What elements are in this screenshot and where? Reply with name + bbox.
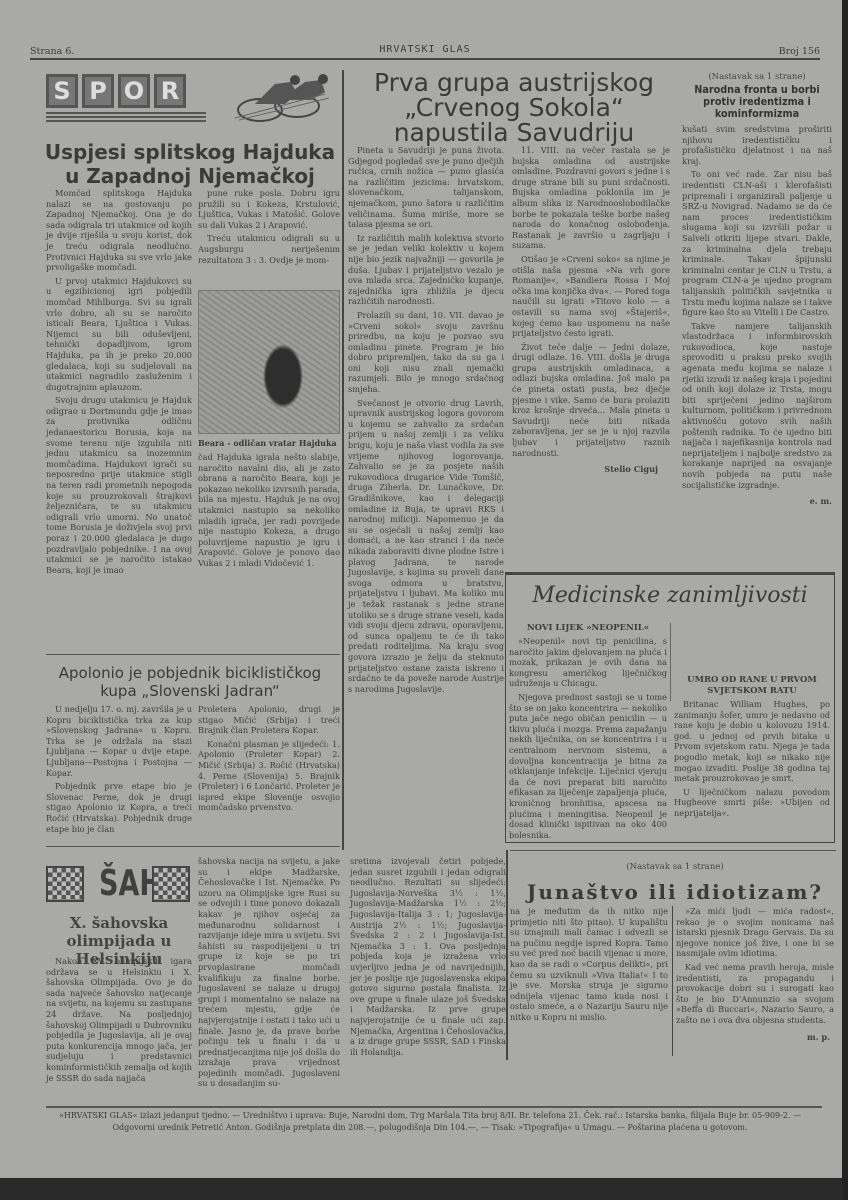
paragraph: Pobjednik prve etape bio je Slovenac Per… — [46, 781, 192, 834]
paragraph: Kad već nema pravih heroja, misle ireden… — [676, 962, 834, 1026]
paragraph: Svečanost je otvorio drug Lavrih, upravn… — [348, 398, 504, 695]
medical-news-box: Medicinske zanimljivosti NOVI LIJEK »NEO… — [505, 572, 835, 843]
paragraph: Britanac William Hughes, po zanimanju šo… — [674, 699, 830, 784]
paragraph: Momčad splitskoga Hajduka nalazi se na g… — [46, 188, 192, 273]
sport-letter: R — [154, 74, 186, 108]
sokol-article-headline: Prva grupa austrijskog „Crvenog Sokola“ … — [344, 70, 684, 145]
umro-article: UMRO OD RANE U PRVOM SVJETSKOM RATU Brit… — [674, 623, 830, 822]
neopenil-subheading: NOVI LIJEK »NEOPENIL« — [509, 623, 667, 634]
sport-letter: O — [118, 74, 150, 108]
paragraph: Iz različitih malih kolektiva stvorio se… — [348, 233, 504, 307]
narodna-fronta-headline: Narodna fronta u borbi protiv iredentizm… — [688, 84, 826, 120]
paragraph: čad Hajduka igrala nešto slabije, naroči… — [198, 452, 340, 569]
paragraph: Svoju drugu utakmicu je Hajduk odigrao u… — [46, 395, 192, 575]
umro-subheading: UMRO OD RANE U PRVOM SVJETSKOM RATU — [674, 675, 830, 697]
hajduk-article-column-1: Momčad splitskoga Hajduka nalazi se na g… — [46, 188, 192, 578]
newspaper-page: Strana 6. HRVATSKI GLAS Broj 156 SPOR Us… — [0, 0, 848, 1200]
paragraph: To oni već rade. Zar nisu baš iredentist… — [682, 169, 832, 317]
section-divider — [46, 846, 340, 847]
chessboard-icon — [46, 866, 84, 902]
paragraph: Pineta u Savudriji je puna života. Gdjeg… — [348, 145, 504, 230]
newspaper-title: HRVATSKI GLAS — [30, 44, 820, 55]
sport-letter: P — [82, 74, 114, 108]
apolonio-article-headline: Apolonio je pobjednik biciklističkog kup… — [40, 664, 340, 700]
chess-banner-label: ŠAH — [99, 862, 141, 906]
paragraph: Nakon XV. olimpijskih igara održava se u… — [46, 956, 192, 1083]
paragraph: sretima izvojevali četiri pobjede, jedan… — [350, 856, 506, 1057]
apolonio-article-column-2: Proletera Apolonio, drugi je stigao Miči… — [198, 704, 340, 816]
narodna-fronta-article: (Nastavak sa 1 strane) Narodna fronta u … — [682, 72, 832, 507]
paragraph: U nedjelju 17. o. mj. završila je u Kopr… — [46, 704, 192, 778]
article-author: e. m. — [682, 496, 832, 507]
sokol-article-column-2: 11. VIII. na večer rastala se je bujska … — [512, 145, 670, 475]
goalkeeper-photo — [198, 290, 340, 434]
hajduk-article-column-3: čad Hajduka igrala nešto slabije, naroči… — [198, 452, 340, 572]
junastvo-column-1: na je međutim da ih nitko nije primjetio… — [510, 906, 668, 1026]
article-author: m. p. — [676, 1032, 834, 1043]
footer-divider — [46, 1106, 822, 1108]
apolonio-article-column-1: U nedjelju 17. o. mj. završila je u Kopr… — [46, 704, 192, 837]
column-divider — [670, 623, 671, 701]
continued-note: (Nastavak sa 1 strane) — [510, 862, 840, 872]
paragraph: U liječničkom nalazu povodom Hugheove sm… — [674, 787, 830, 819]
chessboard-icon — [152, 866, 190, 902]
sport-banner-underline — [46, 112, 206, 122]
paragraph: pune ruke posla. Dobru igru pružili su i… — [198, 188, 340, 230]
chess-section-banner: ŠAH — [46, 862, 192, 906]
paragraph: Život teče dalje — Jedni dolaze, drugi o… — [512, 342, 670, 459]
continued-note: (Nastavak sa 1 strane) — [682, 72, 832, 82]
neopenil-article: NOVI LIJEK »NEOPENIL« »Neopenil« novi ti… — [509, 623, 667, 843]
paragraph: »Neopenil« novi tip penicilina, s naroči… — [509, 636, 667, 689]
junastvo-headline: Junaštvo ili idiotizam? — [510, 880, 840, 904]
hajduk-article-column-2: pune ruke posla. Dobru igru pružili su i… — [198, 188, 340, 268]
paragraph: Treću utakmicu odigrali su u Augsburgu n… — [198, 233, 340, 265]
paragraph: 11. VIII. na večer rastala se je bujska … — [512, 145, 670, 251]
paragraph: Prolazili su dani, 10. VII. davao je »Cr… — [348, 310, 504, 395]
sport-letter: S — [46, 74, 78, 108]
column-divider — [672, 906, 673, 1056]
issue-number: Broj 156 — [779, 46, 820, 57]
paragraph: Konačni plasman je slijedeći: 1. Apoloni… — [198, 739, 340, 813]
sokol-article-column-1: Pineta u Savudriji je puna života. Gdjeg… — [348, 145, 504, 697]
photo-caption: Beara - odličan vratar Hajduka — [198, 438, 340, 448]
section-divider — [46, 654, 340, 655]
column-divider — [506, 850, 508, 1060]
paragraph: U prvoj utakmici Hajdukovci su u egzibic… — [46, 276, 192, 393]
paragraph: Takve namjere talijanskih vlastodržaca i… — [682, 321, 832, 491]
publication-imprint: »HRVATSKI GLAS« izlazi jedanput tjedno. … — [50, 1110, 810, 1134]
junastvo-column-2: »Za mići ljudi — mića radost«, rekao je … — [676, 906, 834, 1042]
scan-edge-bottom — [0, 1178, 848, 1200]
chess-article-column-1: Nakon XV. olimpijskih igara održava se u… — [46, 956, 192, 1086]
hajduk-article-headline: Uspjesi splitskog Hajduka u Zapadnoj Nje… — [40, 140, 340, 188]
paragraph: šahovska nacija na svijetu, a jake su i … — [198, 856, 340, 1089]
sport-section-banner: SPOR — [46, 74, 206, 112]
paragraph: »Za mići ljudi — mića radost«, rekao je … — [676, 906, 834, 959]
paragraph: Njegova prednost sastoji se u tome što s… — [509, 692, 667, 840]
paragraph: Otišao je »Crveni soko« sa njime je otiš… — [512, 254, 670, 339]
chess-article-column-2: šahovska nacija na svijetu, a jake su i … — [198, 856, 340, 1092]
masthead: Strana 6. HRVATSKI GLAS Broj 156 — [30, 42, 820, 60]
chess-article-column-3: sretima izvojevali četiri pobjede, jedan… — [350, 856, 506, 1060]
article-author: Stelio Ciguj — [512, 464, 670, 475]
medical-news-headline: Medicinske zanimljivosti — [506, 583, 834, 608]
column-divider — [342, 70, 344, 850]
paragraph: kušati svim sredstvima proširiti njihovu… — [682, 124, 832, 166]
scan-edge-right — [842, 0, 848, 1200]
section-divider — [510, 850, 836, 851]
cyclists-illustration-icon — [225, 74, 335, 124]
paragraph: Proletera Apolonio, drugi je stigao Miči… — [198, 704, 340, 736]
paragraph: na je međutim da ih nitko nije primjetio… — [510, 906, 668, 1023]
